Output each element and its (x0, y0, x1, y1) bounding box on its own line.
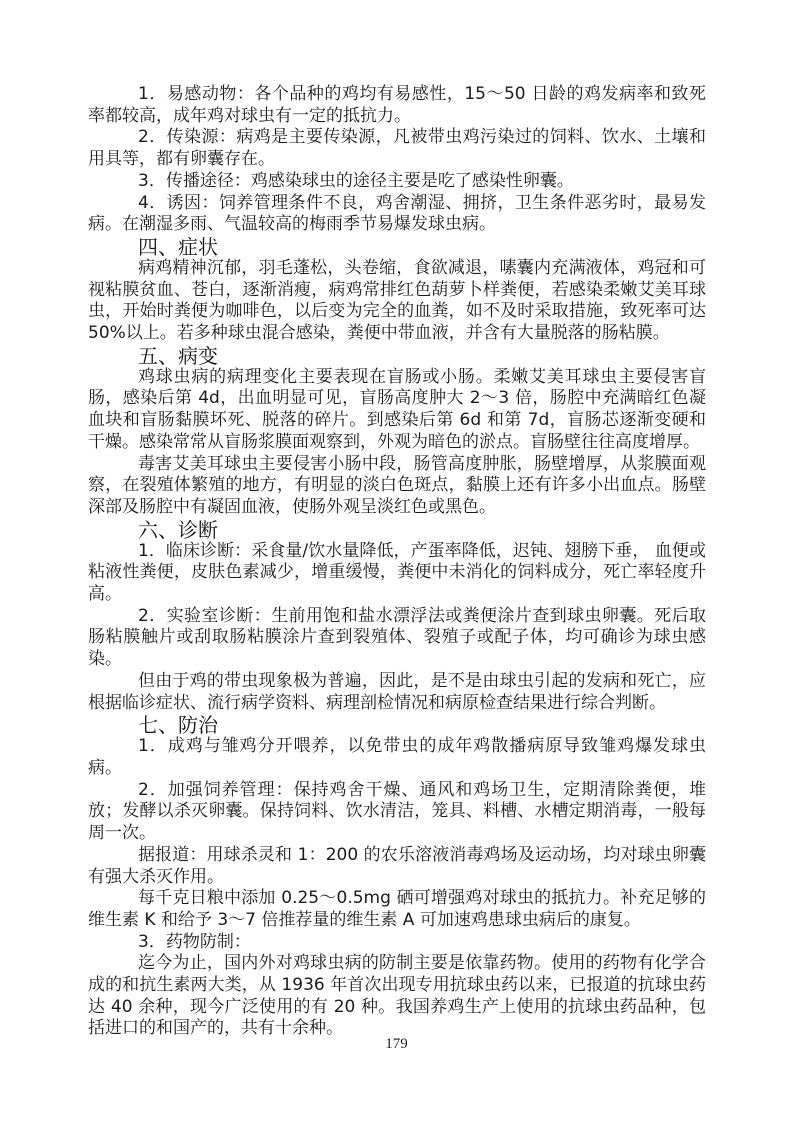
section-heading-symptoms: 四、症状 (88, 236, 706, 258)
document-page: 1．易感动物：各个品种的鸡均有易感性，15～50 日龄的鸡发病率和致死率都较高，… (0, 0, 793, 1122)
paragraph-susceptible-animals: 1．易感动物：各个品种的鸡均有易感性，15～50 日龄的鸡发病率和致死率都较高，… (88, 84, 706, 127)
section-heading-prevention: 七、防治 (88, 714, 706, 736)
document-body: 1．易感动物：各个品种的鸡均有易感性，15～50 日龄的鸡发病率和致死率都较高，… (88, 84, 706, 1040)
page-number: 179 (0, 1036, 793, 1053)
paragraph-nutrition-supplement: 每千克日粮中添加 0.25～0.5mg 硒可增强鸡对球虫的抵抗力。补充足够的维生… (88, 888, 706, 931)
section-heading-lesions: 五、病变 (88, 345, 706, 367)
paragraph-management: 2．加强饲养管理：保持鸡舍干燥、通风和鸡场卫生，定期清除粪便，堆放；发酵以杀灭卵… (88, 780, 706, 845)
paragraph-lesions-intestine: 毒害艾美耳球虫主要侵害小肠中段，肠管高度肿胀，肠壁增厚，从浆膜面观察，在裂殖体繁… (88, 454, 706, 519)
paragraph-lesions-cecum: 鸡球虫病的病理变化主要表现在盲肠或小肠。柔嫩艾美耳球虫主要侵害盲肠，感染后第 4… (88, 367, 706, 454)
paragraph-diagnosis-note: 但由于鸡的带虫现象极为普遍，因此，是不是由球虫引起的发病和死亡，应根据临诊症状、… (88, 671, 706, 714)
paragraph-separate-feeding: 1．成鸡与雏鸡分开喂养，以免带虫的成年鸡散播病原导致雏鸡爆发球虫病。 (88, 736, 706, 779)
paragraph-infection-source: 2．传染源：病鸡是主要传染源，凡被带虫鸡污染过的饲料、饮水、土壤和用具等，都有卵… (88, 127, 706, 170)
paragraph-drug-control-title: 3．药物防制： (88, 932, 706, 954)
paragraph-lab-diagnosis: 2．实验室诊断：生前用饱和盐水漂浮法或粪便涂片查到球虫卵囊。死后取肠粘膜触片或刮… (88, 606, 706, 671)
paragraph-predisposing-cause: 4．诱因：饲养管理条件不良，鸡舍潮湿、拥挤，卫生条件恶劣时，最易发病。在潮湿多雨… (88, 193, 706, 236)
section-heading-diagnosis: 六、诊断 (88, 519, 706, 541)
paragraph-clinical-diagnosis: 1．临床诊断：采食量/饮水量降低，产蛋率降低，迟钝、翅膀下垂， 血便或粘液性粪便… (88, 541, 706, 606)
paragraph-disinfection-report: 据报道：用球杀灵和 1：200 的农乐溶液消毒鸡场及运动场，均对球虫卵囊有强大杀… (88, 845, 706, 888)
paragraph-symptoms: 病鸡精神沉郁，羽毛蓬松，头卷缩，食欲减退，嗉囊内充满液体，鸡冠和可视粘膜贫血、苍… (88, 258, 706, 345)
paragraph-transmission-route: 3．传播途径：鸡感染球虫的途径主要是吃了感染性卵囊。 (88, 171, 706, 193)
paragraph-drug-control-detail: 迄今为止，国内外对鸡球虫病的防制主要是依靠药物。使用的药物有化学合成的和抗生素两… (88, 953, 706, 1040)
